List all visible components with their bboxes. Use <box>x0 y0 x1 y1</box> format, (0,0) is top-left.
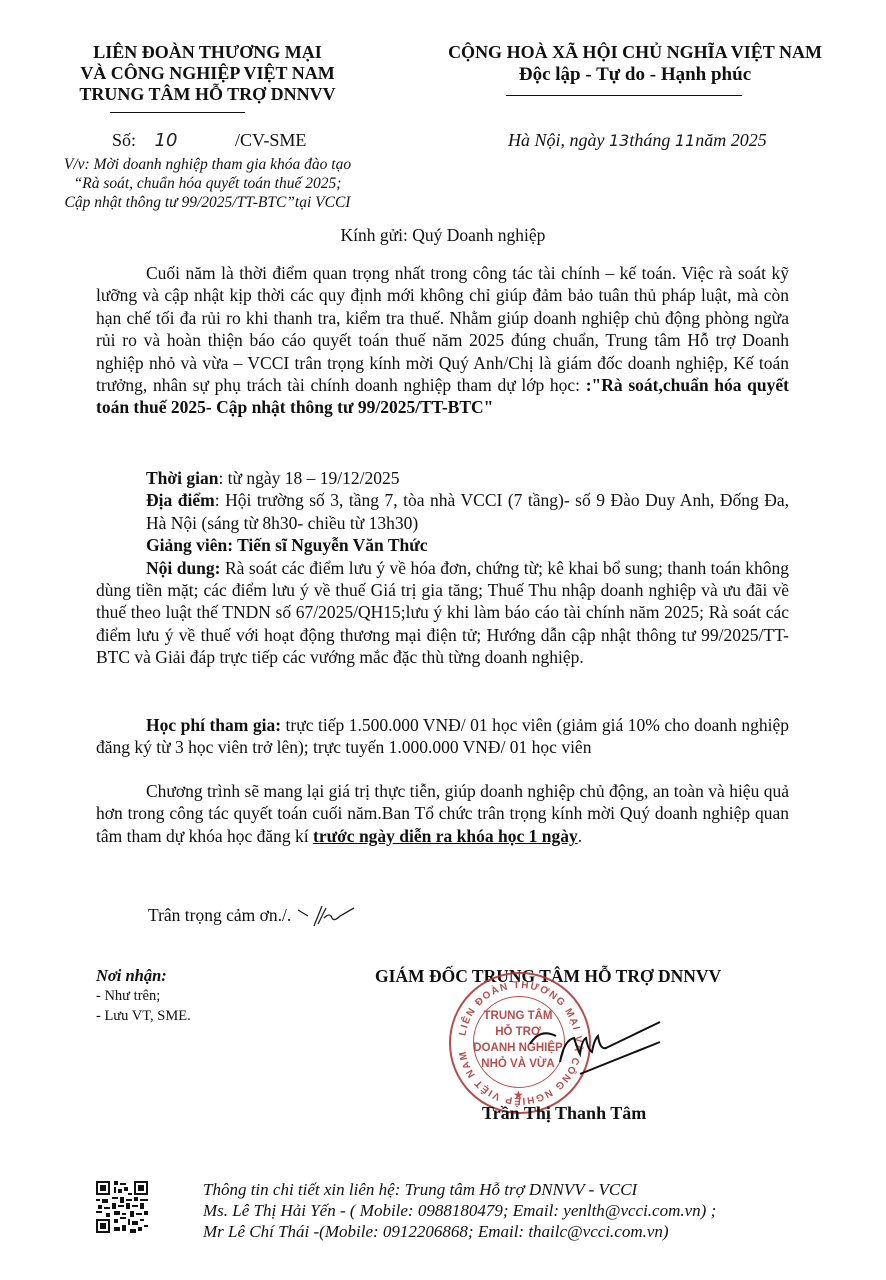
thanks: Trân trọng cảm ơn./. <box>148 904 356 930</box>
content-label: Nội dung: <box>146 558 221 578</box>
intro-paragraph: Cuối năm là thời điểm quan trọng nhất tr… <box>96 262 789 419</box>
subject: V/v: Mời doanh nghiệp tham gia khóa đào … <box>40 155 375 212</box>
subject-line-2: “Rà soát, chuẩn hóa quyết toán thuế 2025… <box>40 174 375 193</box>
date-prefix: Hà Nội, ngày <box>508 130 605 150</box>
recipients: Nơi nhận: - Như trên; - Lưu VT, SME. <box>96 966 191 1026</box>
date-month: 11 <box>675 131 695 150</box>
stamp-star-icon: ★ <box>513 1088 524 1103</box>
recipient-item: - Lưu VT, SME. <box>96 1006 191 1026</box>
director-signature-icon <box>520 1010 670 1080</box>
closing-paragraph: Chương trình sẽ mang lại giá trị thực ti… <box>96 780 789 847</box>
subject-line-3: Cập nhật thông tư 99/2025/TT-BTC”tại VCC… <box>40 193 375 212</box>
document-date: Hà Nội, ngày 13tháng 11năm 2025 <box>508 130 767 151</box>
document-number: Số: 10 /CV-SME <box>112 130 306 151</box>
national-title: CỘNG HOÀ XÃ HỘI CHỦ NGHĨA VIỆT NAM <box>425 42 845 63</box>
content-row: Nội dung: Rà soát các điểm lưu ý về hóa … <box>96 557 789 669</box>
time-row: Thời gian: từ ngày 18 – 19/12/2025 <box>96 467 789 489</box>
salutation: Kính gửi: Quý Doanh nghiệp <box>0 225 886 246</box>
contact-line-3: Mr Lê Chí Thái -(Mobile: 0912206868; Ema… <box>203 1221 716 1242</box>
national-header-divider <box>506 95 742 96</box>
doc-number-prefix: Số: <box>112 130 136 150</box>
org-line-3: TRUNG TÂM HỖ TRỢ DNNVV <box>40 84 375 105</box>
course-details: Thời gian: từ ngày 18 – 19/12/2025 Địa đ… <box>96 467 789 669</box>
national-header: CỘNG HOÀ XÃ HỘI CHỦ NGHĨA VIỆT NAM Độc l… <box>425 42 845 85</box>
organization-header: LIÊN ĐOÀN THƯƠNG MẠI VÀ CÔNG NGHIỆP VIỆT… <box>40 42 375 105</box>
fee-label: Học phí tham gia: <box>146 715 281 735</box>
doc-number-suffix: /CV-SME <box>235 130 306 150</box>
recipients-label: Nơi nhận: <box>96 966 191 986</box>
qr-code[interactable] <box>96 1181 148 1233</box>
contact-line-1: Thông tin chi tiết xin liên hệ: Trung tâ… <box>203 1179 716 1200</box>
contact-line-2: Ms. Lê Thị Hải Yến - ( Mobile: 098818047… <box>203 1200 716 1221</box>
lecturer: Giảng viên: Tiến sĩ Nguyễn Văn Thức <box>96 534 789 556</box>
time-label: Thời gian <box>146 468 218 488</box>
initial-signature-icon <box>296 904 356 930</box>
location-label: Địa điểm <box>146 490 215 510</box>
registration-deadline: trước ngày diễn ra khóa học 1 ngày <box>313 826 578 846</box>
thanks-text: Trân trọng cảm ơn./. <box>148 905 291 925</box>
location-row: Địa điểm: Hội trường số 3, tầng 7, tòa n… <box>96 489 789 534</box>
doc-number-handwritten: 10 <box>141 130 231 151</box>
date-year: năm 2025 <box>695 130 767 150</box>
org-line-1: LIÊN ĐOÀN THƯƠNG MẠI <box>40 42 375 63</box>
signatory-name: Trần Thị Thanh Tâm <box>482 1103 646 1124</box>
recipient-item: - Như trên; <box>96 986 191 1006</box>
national-motto: Độc lập - Tự do - Hạnh phúc <box>425 64 845 85</box>
time-value: : từ ngày 18 – 19/12/2025 <box>218 468 399 488</box>
location-value: : Hội trường số 3, tầng 7, tòa nhà VCCI … <box>146 490 789 532</box>
fee-paragraph: Học phí tham gia: trực tiếp 1.500.000 VN… <box>96 714 789 759</box>
org-header-divider <box>110 112 245 113</box>
closing-end: . <box>578 826 582 846</box>
date-month-label: tháng <box>629 130 670 150</box>
org-line-2: VÀ CÔNG NGHIỆP VIỆT NAM <box>40 63 375 84</box>
date-day: 13 <box>609 131 629 150</box>
subject-line-1: V/v: Mời doanh nghiệp tham gia khóa đào … <box>40 155 375 174</box>
contact-info: Thông tin chi tiết xin liên hệ: Trung tâ… <box>203 1179 716 1242</box>
qr-code-icon <box>96 1181 148 1233</box>
